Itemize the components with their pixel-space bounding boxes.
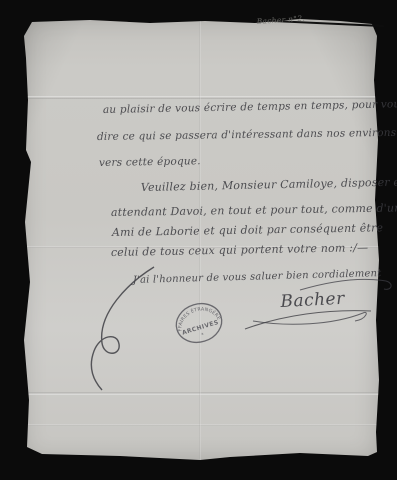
signature-flourish <box>243 305 378 335</box>
closing-flourish <box>300 272 396 296</box>
letter-line: vers cette époque. <box>99 155 201 169</box>
stamp-star-symbol: * <box>201 332 206 339</box>
horizontal-fold-crease <box>20 96 381 99</box>
horizontal-fold-crease <box>20 392 381 395</box>
pen-flourish-j <box>80 255 170 395</box>
letter-paper-sheet <box>20 14 381 463</box>
stamp-center-text: ARCHIVES <box>181 319 219 337</box>
scan-background: Bacher n°2. au plaisir de vous écrire de… <box>0 0 397 480</box>
horizontal-fold-crease <box>20 424 381 426</box>
vertical-fold-crease <box>199 14 201 463</box>
